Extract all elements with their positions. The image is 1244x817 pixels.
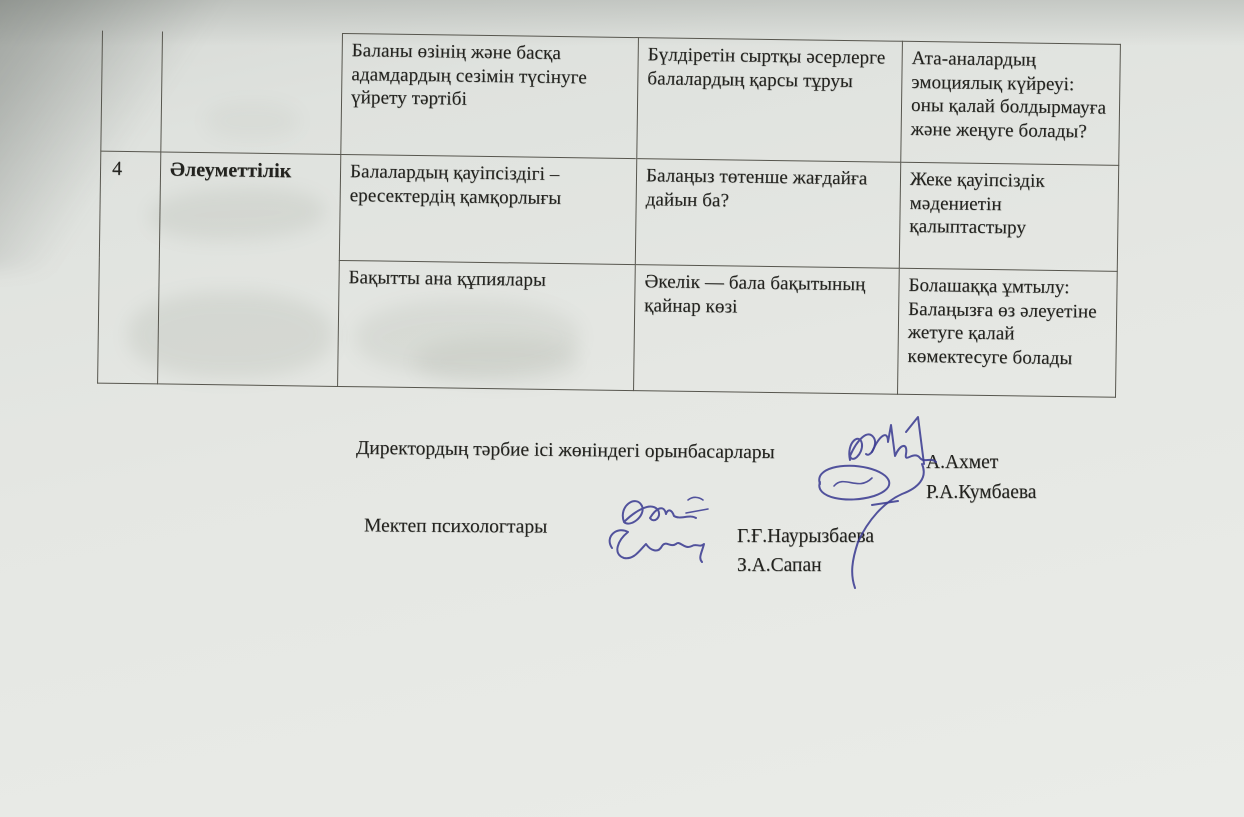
cell-parent-theme: Жеке қауіпсіздік мәдениетін қалыптастыру [899, 162, 1118, 271]
deputy-name: А.Ахмет [926, 452, 998, 474]
cell-topic: Балалардың қауіпсіздігі – ересектердің қ… [339, 154, 636, 264]
cell-child-theme: Әкелік — бала бақытының қайнар көзі [634, 265, 900, 395]
psychologists-signoff-label: Мектеп психологтары [364, 515, 547, 538]
table-row: 4 Әлеуметтілік Балалардың қауіпсіздігі –… [99, 151, 1118, 271]
deputy-name: Р.А.Кумбаева [926, 482, 1036, 504]
signature-ink-deputies [810, 412, 948, 597]
signature-ink-psychologists [602, 486, 724, 574]
cell-parent-theme: Болашаққа ұмтылу: Балаңызға өз әлеуетіне… [898, 268, 1118, 397]
deputies-signoff-label: Директордың тәрбие ісі жөніндегі орынбас… [356, 438, 775, 464]
cell-category-empty [161, 31, 343, 155]
parenting-plan-table: Баланы өзінің және басқа адамдардың сезі… [97, 30, 1121, 398]
cell-parent-theme: Ата-аналардың эмоциялық күйреуі: оны қал… [901, 41, 1121, 165]
table-row: Баланы өзінің және басқа адамдардың сезі… [101, 30, 1121, 165]
cell-category: Әлеуметтілік [158, 152, 341, 386]
cell-row-number: 4 [98, 151, 161, 384]
psychologist-name: З.А.Сапан [737, 555, 822, 577]
psychologist-name: Г.Ғ.Наурызбаева [737, 526, 874, 548]
cell-topic: Бақытты ана құпиялары [338, 260, 636, 390]
cell-child-theme: Балаңыз төтенше жағдайға дайын ба? [635, 159, 900, 269]
cell-topic: Баланы өзінің және басқа адамдардың сезі… [341, 33, 639, 158]
scanned-document-page: Баланы өзінің және басқа адамдардың сезі… [0, 0, 1244, 817]
cell-row-number-empty [101, 30, 163, 152]
cell-child-theme: Бүлдіретін сыртқы әсерлерге балалардың қ… [637, 38, 903, 163]
